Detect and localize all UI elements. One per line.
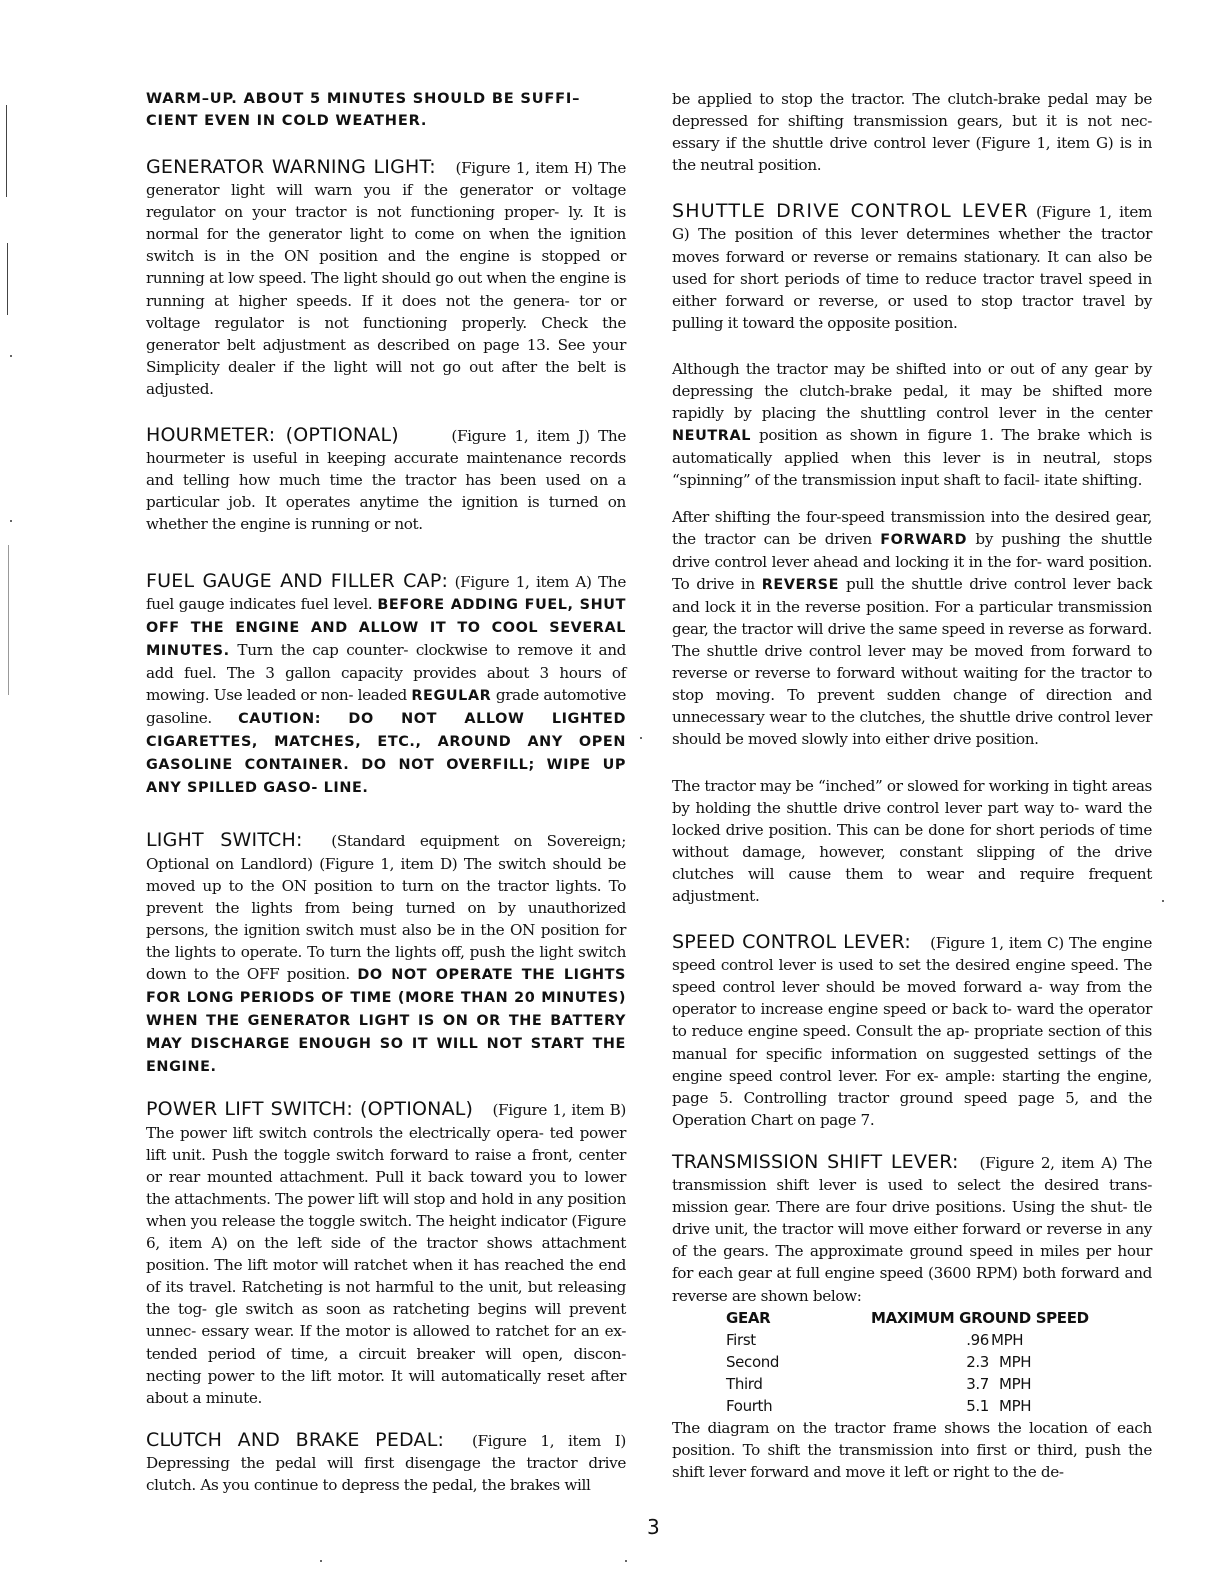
gear-name: First: [726, 1329, 871, 1351]
gear-speed: 5.1: [953, 1395, 989, 1417]
figure-reference: (Figure 1, item A): [455, 573, 592, 591]
section-heading: SPEED CONTROL LEVER:: [672, 931, 911, 953]
figure-reference: (Figure 1, item I): [472, 1432, 626, 1450]
figure-reference: (Figure 1, item: [456, 159, 569, 177]
section-heading: GENERATOR WARNING LIGHT:: [146, 156, 436, 178]
section-light-switch: LIGHT SWITCH: (Standard equipment on Sov…: [146, 829, 626, 1078]
figure-reference: (Figure 1,: [1036, 203, 1112, 221]
table-row: Third 3.7MPH: [726, 1373, 1121, 1395]
emphasis-text: FORWARD: [880, 532, 967, 548]
gear-speed-table: GEAR MAXIMUM GROUND SPEED First .96MPH S…: [726, 1307, 1121, 1417]
scan-speck: [625, 1560, 627, 1562]
paragraph-inching: The tractor may be “inched” or slowed fo…: [672, 775, 1152, 908]
section-heading: SHUTTLE DRIVE CONTROL LEVER: [672, 200, 1029, 222]
gear-speed: .96: [953, 1329, 989, 1351]
figure-reference: (Figure 2, item A): [979, 1154, 1117, 1172]
scan-artifact: [8, 545, 9, 695]
table-row: Second 2.3MPH: [726, 1351, 1121, 1373]
speed-unit: MPH: [999, 1375, 1031, 1393]
speed-unit: MPH: [999, 1353, 1031, 1371]
section-hourmeter: HOURMETER: (OPTIONAL) (Figure 1, item J)…: [146, 424, 626, 535]
scan-speck: [640, 737, 642, 739]
section-generator-warning-light: GENERATOR WARNING LIGHT: (Figure 1, item…: [146, 156, 626, 400]
scan-speck: [320, 1560, 322, 1562]
scan-speck: [10, 355, 12, 357]
scan-artifact: [7, 270, 8, 315]
emphasis-text: NEUTRAL: [672, 428, 751, 444]
section-body: H) The generator light will warn you if …: [146, 159, 626, 398]
paragraph-shifting-gears: Although the tractor may be shifted into…: [672, 358, 1152, 492]
gear-name: Third: [726, 1373, 871, 1395]
scan-artifact: [6, 152, 7, 197]
figure-reference: (Figure 1, item C): [930, 934, 1064, 952]
figure-reference: (Figure 1, item J): [451, 427, 589, 445]
gear-name: Fourth: [726, 1395, 871, 1417]
paragraph-shift-diagram: The diagram on the tractor frame shows t…: [672, 1417, 1152, 1483]
emphasis-text: REGULAR: [411, 688, 491, 704]
gear-name: Second: [726, 1351, 871, 1373]
scan-speck: [1162, 900, 1164, 902]
section-heading: LIGHT SWITCH:: [146, 829, 303, 851]
section-speed-control-lever: SPEED CONTROL LEVER: (Figure 1, item C) …: [672, 931, 1152, 1131]
speed-unit: MPH: [991, 1331, 1023, 1349]
paragraph-text: Although the tractor may be shifted into…: [672, 360, 1152, 422]
scan-artifact: [6, 105, 7, 155]
table-row: First .96MPH: [726, 1329, 1121, 1351]
section-heading: FUEL GAUGE AND FILLER CAP:: [146, 570, 448, 592]
section-heading: HOURMETER: (OPTIONAL): [146, 424, 399, 446]
speed-unit: MPH: [999, 1397, 1031, 1415]
warmup-note: WARM–UP. ABOUT 5 MINUTES SHOULD BE SUFFI…: [146, 88, 626, 132]
section-clutch-brake-pedal: CLUTCH AND BRAKE PEDAL: (Figure 1, item …: [146, 1429, 626, 1496]
figure-reference: (Figure 1,: [492, 1101, 566, 1119]
clutch-continued: be applied to stop the tractor. The clut…: [672, 88, 1152, 176]
section-body: The transmission shift lever is used to …: [672, 1154, 1152, 1305]
section-heading: CLUTCH AND BRAKE PEDAL:: [146, 1429, 444, 1451]
warning-text: DO NOT OPERATE THE LIGHTS FOR LONG PERIO…: [146, 967, 626, 1075]
table-header-row: GEAR MAXIMUM GROUND SPEED: [726, 1307, 1121, 1329]
table-row: Fourth 5.1MPH: [726, 1395, 1121, 1417]
scan-speck: [10, 520, 12, 522]
section-heading: TRANSMISSION SHIFT LEVER:: [672, 1151, 959, 1173]
paragraph-forward-reverse: After shifting the four-speed transmissi…: [672, 506, 1152, 751]
section-power-lift-switch: POWER LIFT SWITCH: (OPTIONAL) (Figure 1,…: [146, 1098, 626, 1408]
section-fuel-gauge: FUEL GAUGE AND FILLER CAP: (Figure 1, it…: [146, 570, 626, 800]
section-body: item B) The power lift switch controls t…: [146, 1101, 626, 1406]
gear-speed: 2.3: [953, 1351, 989, 1373]
page-number: 3: [647, 1515, 660, 1539]
section-body: The switch should be moved up to the ON …: [146, 855, 626, 983]
column-header-speed: MAXIMUM GROUND SPEED: [871, 1307, 1121, 1329]
section-shuttle-drive-control-lever: SHUTTLE DRIVE CONTROL LEVER (Figure 1, i…: [672, 200, 1152, 334]
right-column: be applied to stop the tractor. The clut…: [672, 88, 1152, 1483]
section-body: The engine speed control lever is used t…: [672, 934, 1152, 1129]
left-column: WARM–UP. ABOUT 5 MINUTES SHOULD BE SUFFI…: [146, 88, 626, 1496]
gear-speed: 3.7: [953, 1373, 989, 1395]
paragraph-text: pull the shuttle drive control lever bac…: [672, 575, 1152, 749]
emphasis-text: REVERSE: [762, 577, 839, 593]
manual-page: WARM–UP. ABOUT 5 MINUTES SHOULD BE SUFFI…: [0, 0, 1218, 1576]
caution-text: CAUTION: DO NOT ALLOW LIGHTED CIGARETTES…: [146, 711, 626, 796]
section-body: Depressing the pedal will first disengag…: [146, 1454, 626, 1494]
column-header-gear: GEAR: [726, 1307, 871, 1329]
section-transmission-shift-lever: TRANSMISSION SHIFT LEVER: (Figure 2, ite…: [672, 1151, 1152, 1307]
section-heading: POWER LIFT SWITCH: (OPTIONAL): [146, 1098, 473, 1120]
section-body: item G) The position of this lever deter…: [672, 203, 1152, 331]
